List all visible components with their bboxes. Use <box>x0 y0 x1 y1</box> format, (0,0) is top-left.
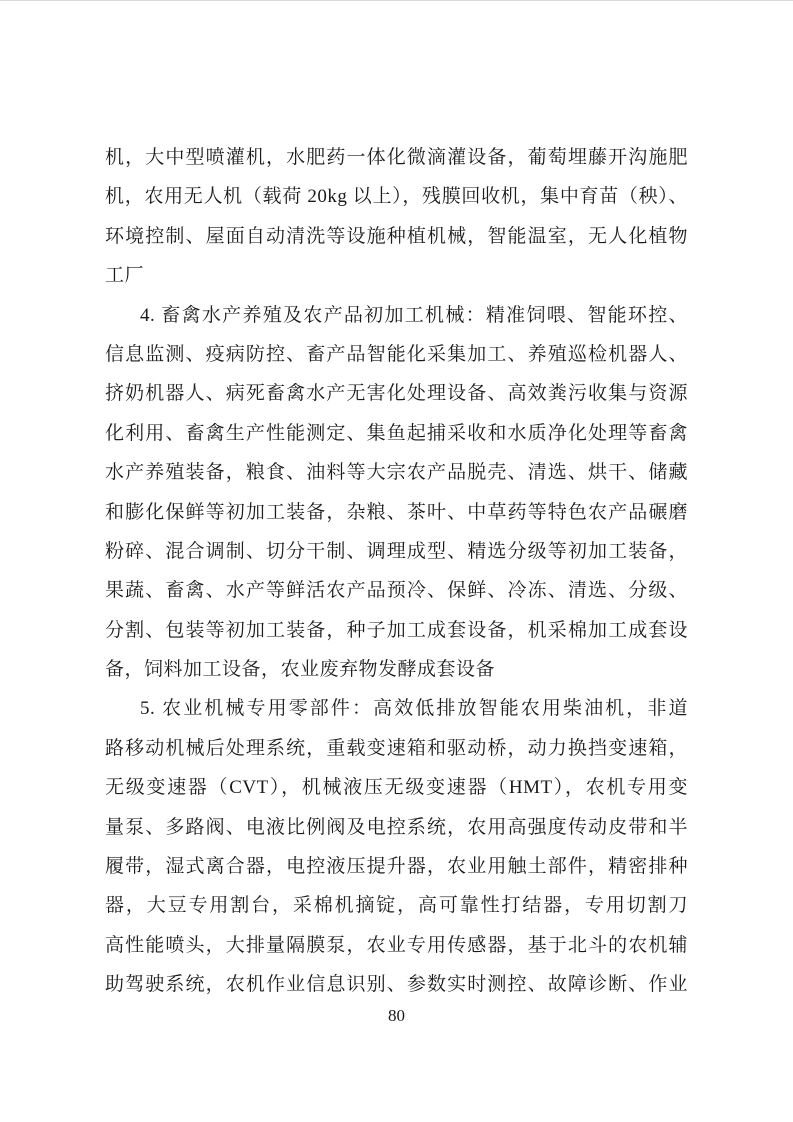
text-line: 器，大豆专用割台，采棉机摘锭，高可靠性打结器，专用切割刀具， <box>105 886 688 925</box>
page-number: 80 <box>0 1005 793 1027</box>
text-line: 工厂 <box>105 256 688 295</box>
text-line: 无级变速器（CVT），机械液压无级变速器（HMT），农机专用变 <box>105 768 688 807</box>
text-line: 和膨化保鲜等初加工装备，杂粮、茶叶、中草药等特色农产品碾磨 <box>105 493 688 532</box>
document-page: 机，大中型喷灌机，水肥药一体化微滴灌设备，葡萄埋藤开沟施肥机，农用无人机（载荷 … <box>0 0 793 1122</box>
text-line: 量泵、多路阀、电液比例阀及电控系统，农用高强度传动皮带和半 <box>105 808 688 847</box>
text-line: 化利用、畜禽生产性能测定、集鱼起捕采收和水质净化处理等畜禽 <box>105 414 688 453</box>
text-line: 机，大中型喷灌机，水肥药一体化微滴灌设备，葡萄埋藤开沟施肥 <box>105 138 688 177</box>
text-line: 路移动机械后处理系统，重载变速箱和驱动桥，动力换挡变速箱， <box>105 729 688 768</box>
text-line: 信息监测、疫病防控、畜产品智能化采集加工、养殖巡检机器人、 <box>105 335 688 374</box>
text-line: 机，农用无人机（载荷 20kg 以上），残膜回收机，集中育苗（秧）、 <box>105 177 688 216</box>
text-line: 4. 畜禽水产养殖及农产品初加工机械：精准饲喂、智能环控、 <box>105 296 688 335</box>
text-line: 水产养殖装备，粮食、油料等大宗农产品脱壳、清选、烘干、储藏 <box>105 453 688 492</box>
text-line: 挤奶机器人、病死畜禽水产无害化处理设备、高效粪污收集与资源 <box>105 374 688 413</box>
text-line: 分割、包装等初加工装备，种子加工成套设备，机采棉加工成套设 <box>105 611 688 650</box>
text-line: 高性能喷头，大排量隔膜泵，农业专用传感器，基于北斗的农机辅 <box>105 926 688 965</box>
text-line: 粉碎、混合调制、切分干制、调理成型、精选分级等初加工装备， <box>105 532 688 571</box>
text-line: 环境控制、屋面自动清洗等设施种植机械，智能温室，无人化植物 <box>105 217 688 256</box>
text-line: 5. 农业机械专用零部件：高效低排放智能农用柴油机，非道 <box>105 689 688 728</box>
text-line: 助驾驶系统，农机作业信息识别、参数实时测控、故障诊断、作业 <box>105 965 688 1004</box>
text-line: 履带，湿式离合器，电控液压提升器，农业用触土部件，精密排种 <box>105 847 688 886</box>
body-text: 机，大中型喷灌机，水肥药一体化微滴灌设备，葡萄埋藤开沟施肥机，农用无人机（载荷 … <box>105 138 688 1005</box>
text-line: 备，饲料加工设备，农业废弃物发酵成套设备 <box>105 650 688 689</box>
text-line: 果蔬、畜禽、水产等鲜活农产品预冷、保鲜、冷冻、清选、分级、 <box>105 571 688 610</box>
